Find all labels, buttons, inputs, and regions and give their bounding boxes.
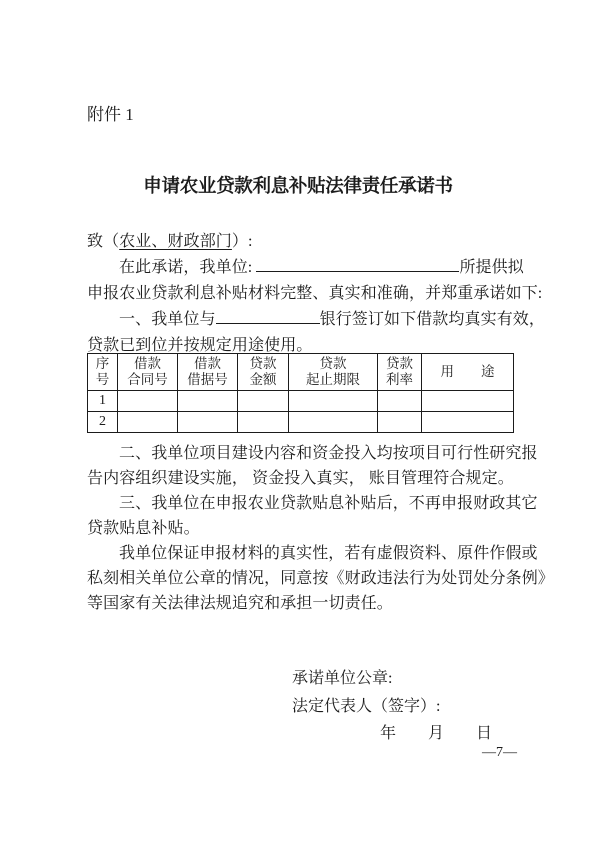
item3-line-1: 三、我单位在申报农业贷款贴息补贴后，不再申报财政其它 [87, 491, 537, 516]
salutation-prefix: 致（ [87, 233, 119, 250]
signature-block: 承诺单位公章: 法定代表人（签字）: 年 月 日 [292, 665, 492, 748]
pledge-line-1: 在此承诺，我单位: 所提供拟 [87, 255, 537, 281]
closing-line-3: 等国家有关法律法规追究和承担一切责任。 [87, 591, 537, 616]
recipient-underlined: 农业、财政部门 [119, 233, 232, 250]
document-page: 附件 1 申请农业贷款利息补贴法律责任承诺书 致（农业、财政部门）: 在此承诺，… [0, 0, 596, 842]
table-cell [118, 391, 178, 412]
body-block-upper: 致（农业、财政部门）: 在此承诺，我单位: 所提供拟 申报农业贷款利息补贴材料完… [87, 229, 537, 359]
loan-table: 序 号 借款 合同号 借款 借据号 贷款 金额 贷款 起止期限 贷款 利率 用 … [87, 353, 514, 433]
attachment-label: 附件 1 [87, 105, 134, 125]
col-header-purpose: 用 途 [422, 354, 514, 391]
table-cell [422, 391, 514, 412]
item2-line-2: 告内容组织建设实施， 资金投入真实， 账目管理符合规定。 [87, 466, 537, 491]
row-number: 1 [88, 391, 118, 412]
loan-table-row-1: 1 [88, 391, 514, 412]
item1-suffix: 银行签订如下借款均真实有效， [320, 311, 545, 328]
pledge-prefix: 在此承诺，我单位: [119, 259, 256, 276]
document-title: 申请农业贷款利息补贴法律责任承诺书 [0, 172, 596, 198]
table-cell [118, 412, 178, 433]
body-block-lower: 二、我单位项目建设内容和资金投入均按项目可行性研究报 告内容组织建设实施， 资金… [87, 441, 537, 616]
pledge-suffix: 所提供拟 [459, 259, 523, 276]
item1-line-1: 一、我单位与银行签订如下借款均真实有效， [87, 307, 537, 333]
salutation-line: 致（农业、财政部门）: [87, 229, 537, 255]
signature-representative-label: 法定代表人（签字）: [292, 693, 492, 721]
table-cell [238, 412, 289, 433]
page-number: —7— [482, 744, 517, 761]
closing-line-1: 我单位保证申报材料的真实性，若有虚假资料、原件作假或 [87, 541, 537, 566]
col-header-term: 贷款 起止期限 [289, 354, 378, 391]
salutation-suffix: ）: [232, 233, 253, 250]
unit-name-blank [256, 256, 459, 272]
table-cell [378, 391, 422, 412]
col-header-receipt-no: 借款 借据号 [178, 354, 238, 391]
table-cell [238, 391, 289, 412]
closing-line-2: 私刻相关单位公章的情况，同意按《财政违法行为处罚处分条例》 [87, 566, 537, 591]
signature-date-line: 年 月 日 [292, 720, 492, 748]
row-number: 2 [88, 412, 118, 433]
signature-seal-label: 承诺单位公章: [292, 665, 492, 693]
table-cell [178, 391, 238, 412]
table-cell [289, 412, 378, 433]
bank-name-blank [216, 308, 320, 324]
table-cell [422, 412, 514, 433]
item3-line-2: 贷款贴息补贴。 [87, 516, 537, 541]
loan-table-row-2: 2 [88, 412, 514, 433]
col-header-rate: 贷款 利率 [378, 354, 422, 391]
table-cell [178, 412, 238, 433]
pledge-line-2: 申报农业贷款利息补贴材料完整、真实和准确，并郑重承诺如下: [87, 281, 537, 307]
table-cell [378, 412, 422, 433]
loan-table-header-row: 序 号 借款 合同号 借款 借据号 贷款 金额 贷款 起止期限 贷款 利率 用 … [88, 354, 514, 391]
col-header-amount: 贷款 金额 [238, 354, 289, 391]
item1-prefix: 一、我单位与 [119, 311, 216, 328]
col-header-serial: 序 号 [88, 354, 118, 391]
table-cell [289, 391, 378, 412]
col-header-contract-no: 借款 合同号 [118, 354, 178, 391]
item2-line-1: 二、我单位项目建设内容和资金投入均按项目可行性研究报 [87, 441, 537, 466]
